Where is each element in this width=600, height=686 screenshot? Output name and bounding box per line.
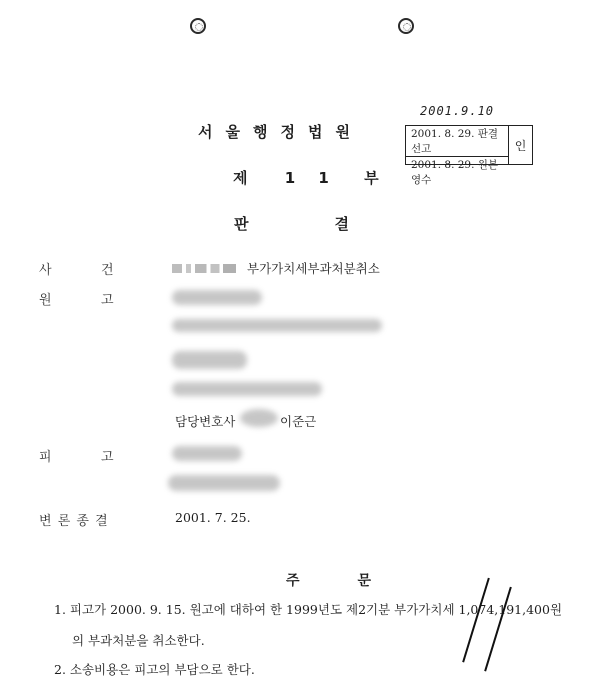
redacted-plaintiff-address (172, 319, 382, 332)
division-char: 부 (364, 167, 379, 188)
title-char: 판 (234, 215, 249, 233)
redacted-plaintiff-name (172, 290, 262, 305)
handwritten-slash-mark (462, 578, 489, 663)
redacted-defendant-representative (168, 475, 280, 491)
order-item-1-line-1: 1. 피고가 2000. 9. 15. 원고에 대하여 한 1999년도 제2기… (54, 600, 562, 618)
seal-cell: 인 (508, 126, 532, 164)
order-item-2: 2. 소송비용은 피고의 부담으로 한다. (54, 660, 255, 678)
redacted-case-number (172, 264, 236, 273)
division-char: 1 (318, 169, 328, 187)
case-label-1: 사 (39, 259, 52, 278)
stamp-receipt-date: 2001. 8. 29. 원본영수 (406, 156, 508, 187)
plaintiff-label-2: 고 (101, 289, 114, 308)
stamp-judgment-date: 2001. 8. 29. 판결선고 (406, 126, 508, 156)
attorney-label: 담당변호사 (175, 412, 235, 430)
heading-char: 주 (286, 573, 300, 589)
punch-hole-right (398, 18, 414, 34)
redacted-defendant-name (172, 446, 242, 461)
defendant-label-2: 고 (101, 446, 114, 465)
court-name: 서울행정법원 (198, 121, 363, 142)
punch-hole-left (190, 18, 206, 34)
redacted-plaintiff-agent (172, 382, 322, 396)
division: 제 1 1 부 (233, 167, 379, 188)
defendant-label-1: 피 (39, 446, 52, 465)
order-item-1-line-2: 의 부과처분을 취소한다. (72, 631, 205, 649)
division-char: 1 (285, 169, 295, 187)
plaintiff-label-1: 원 (39, 289, 52, 308)
closing-date: 2001. 7. 25. (175, 510, 251, 525)
case-label-2: 건 (101, 259, 114, 278)
document-title: 판결 (234, 213, 349, 234)
closing-label: 변 론 종 결 (39, 510, 109, 529)
redacted-attorney-firm (240, 409, 278, 427)
title-char: 결 (335, 215, 350, 233)
case-name: 부가가치세부과처분취소 (247, 259, 380, 277)
heading-char: 문 (358, 573, 372, 589)
receipt-stamp-box: 2001. 8. 29. 판결선고 2001. 8. 29. 원본영수 인 (405, 125, 533, 165)
division-char: 제 (233, 167, 248, 188)
handwritten-date: 2001.9.10 (420, 104, 494, 118)
order-heading: 주문 (286, 570, 371, 590)
attorney-name: 이준근 (280, 412, 316, 430)
redacted-plaintiff-representative (172, 351, 247, 369)
